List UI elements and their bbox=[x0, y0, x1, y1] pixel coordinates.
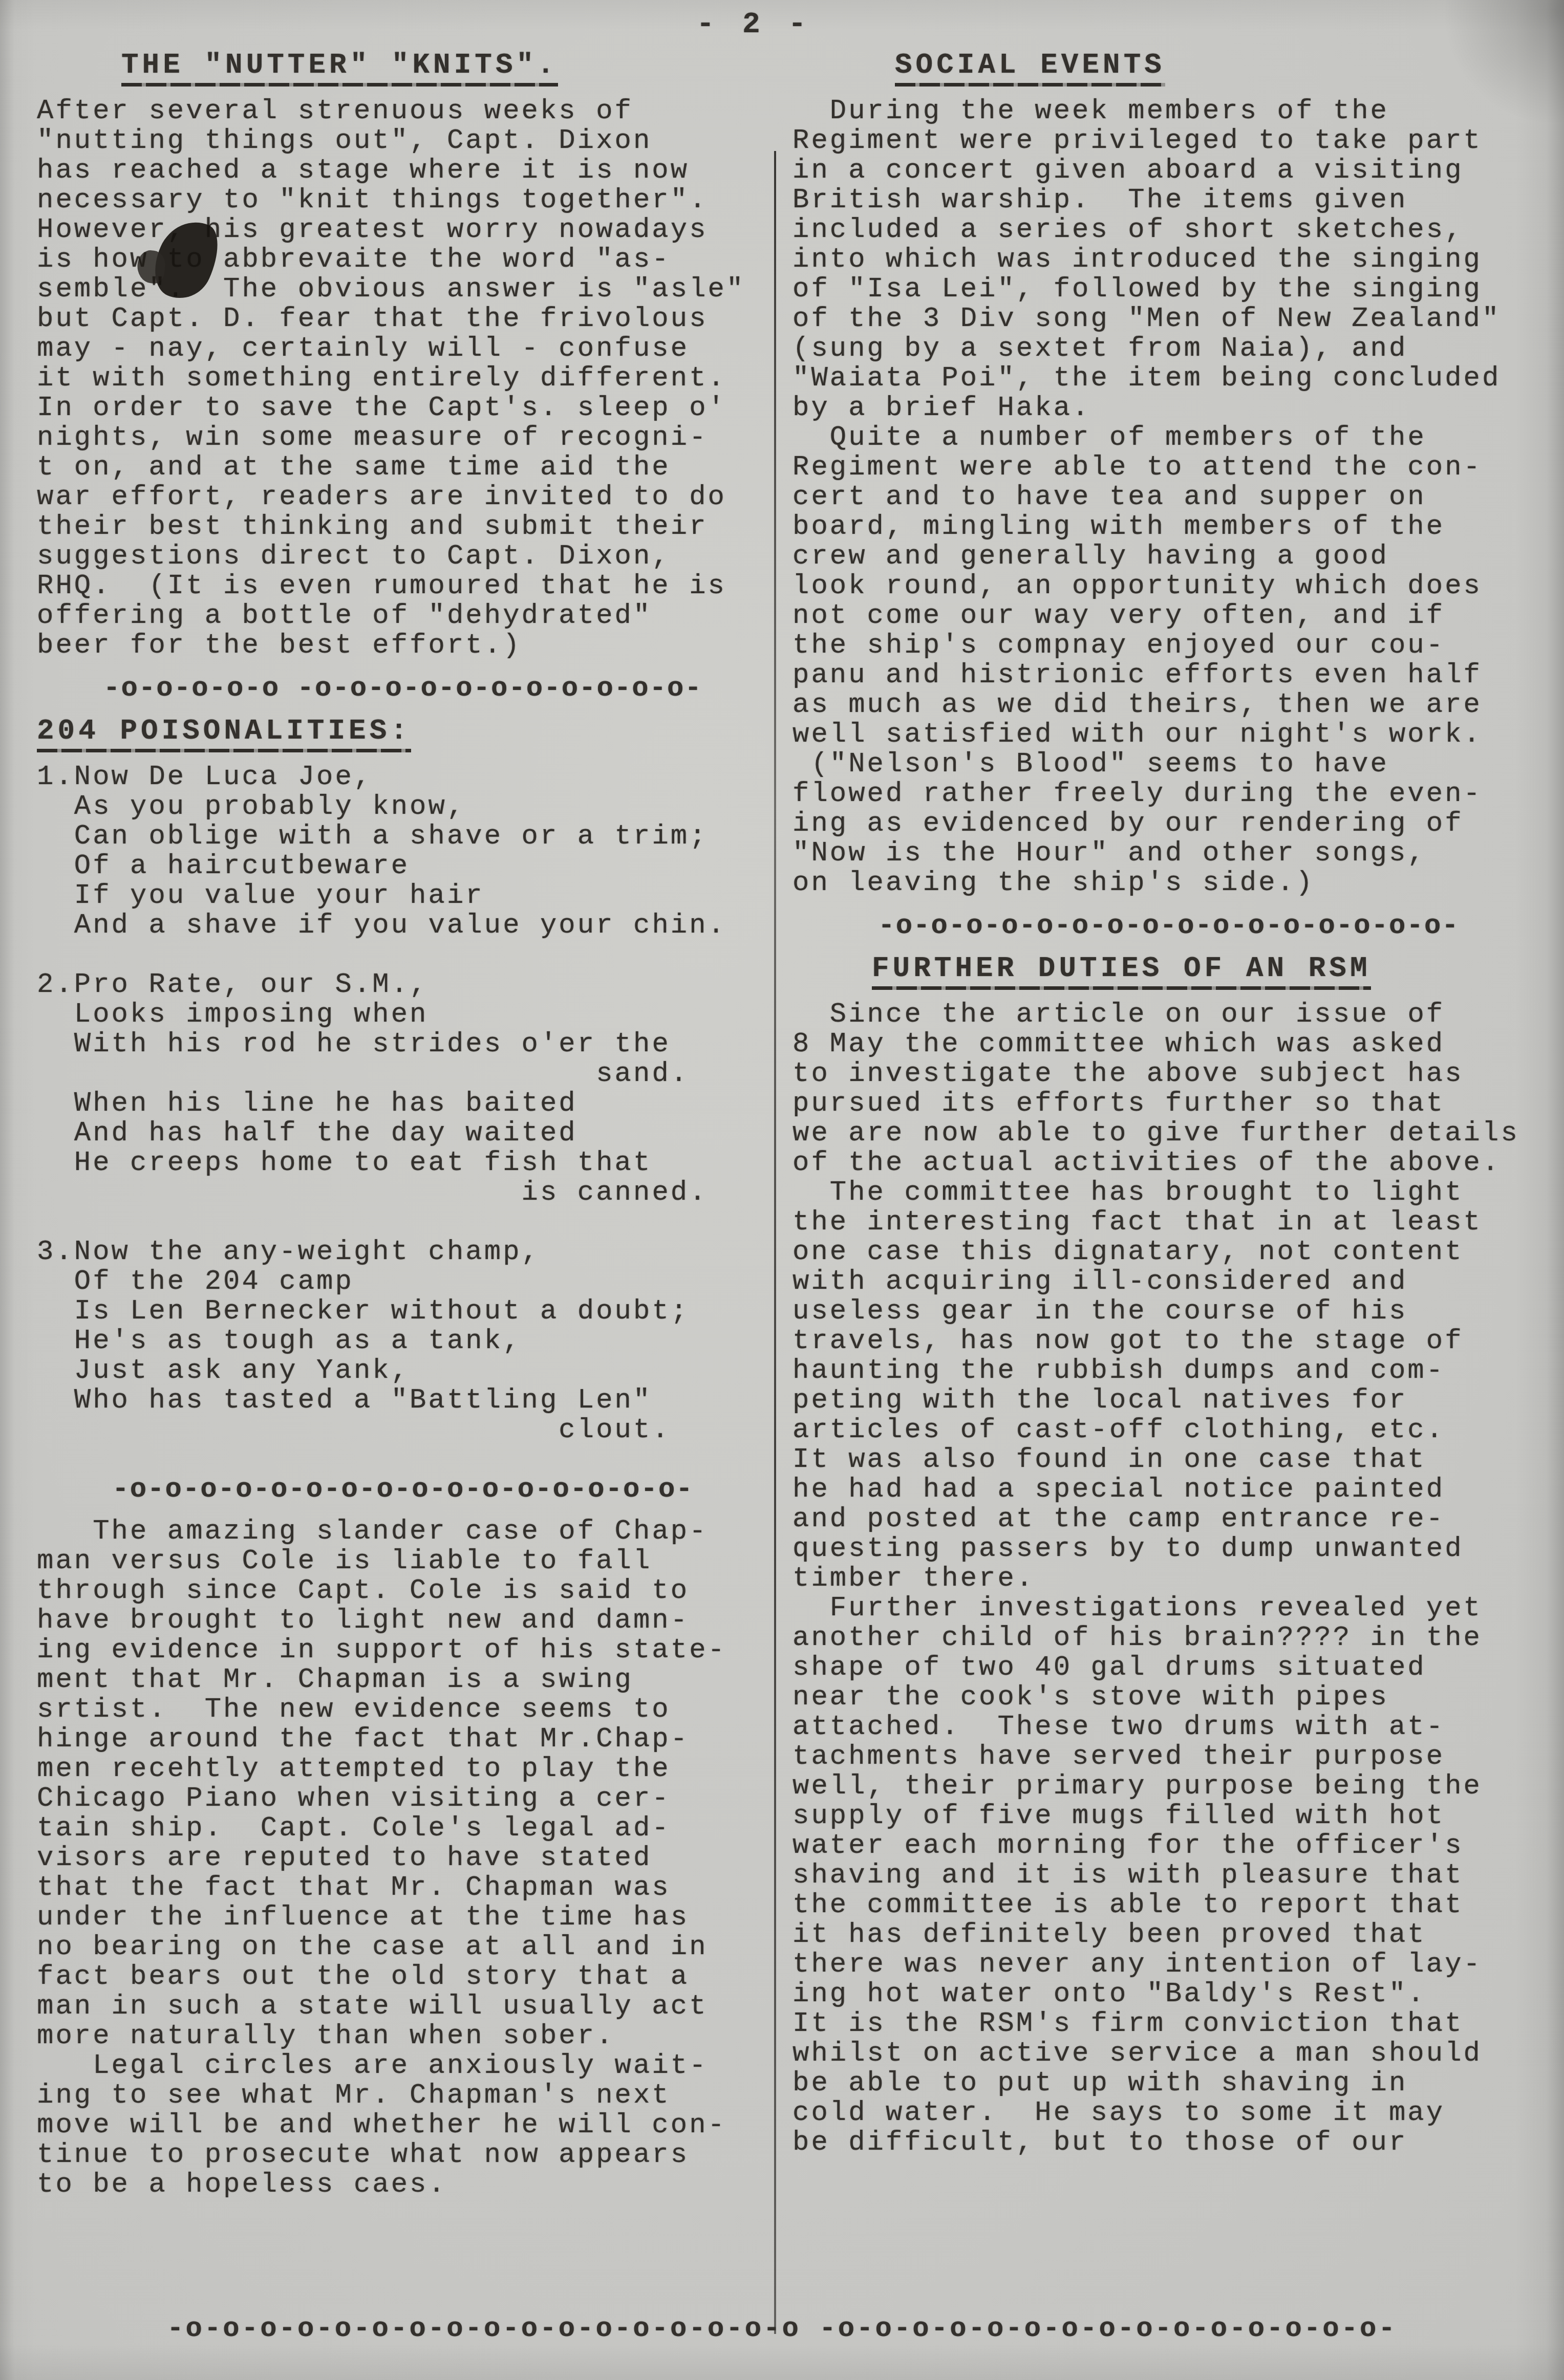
heading-row: SOCIAL EVENTS bbox=[792, 50, 1545, 86]
heading-row: FURTHER DUTIES OF AN RSM bbox=[792, 954, 1545, 990]
page-footer-divider: -o-o-o-o-o-o-o-o-o-o-o-o-o-o-o-o-o -o-o-… bbox=[0, 2313, 1564, 2345]
heading-row: 204 POISONALITIES: bbox=[37, 716, 769, 752]
section-divider: -o-o-o-o-o-o-o-o-o-o-o-o-o-o-o-o- bbox=[792, 912, 1545, 941]
article-body-social-events: During the week members of the Regiment … bbox=[792, 97, 1545, 898]
heading-row: THE "NUTTER" "KNITS". bbox=[37, 50, 769, 86]
section-divider: -o-o-o-o-o-o-o-o-o-o-o-o-o-o-o-o- bbox=[37, 1475, 769, 1505]
article-title-further-duties-rsm: FURTHER DUTIES OF AN RSM bbox=[872, 954, 1371, 990]
left-column: THE "NUTTER" "KNITS". After several stre… bbox=[37, 47, 769, 2200]
article-body-nutter-knits: After several strenuous weeks of "nuttin… bbox=[37, 97, 769, 661]
article-title-social-events: SOCIAL EVENTS bbox=[895, 50, 1165, 86]
article-body-further-duties-rsm: Since the article on our issue of 8 May … bbox=[792, 1000, 1545, 2158]
poem-pro-rate: 2.Pro Rate, our S.M., Looks imposing whe… bbox=[37, 970, 769, 1208]
section-divider: -o-o-o-o-o -o-o-o-o-o-o-o-o-o-o-o- bbox=[37, 674, 769, 704]
page-number: - 2 - bbox=[0, 8, 1508, 41]
article-body-slander-case: The amazing slander case of Chap- man ve… bbox=[37, 1517, 769, 2200]
article-title-204-poisonalities: 204 POISONALITIES: bbox=[37, 716, 411, 752]
right-column: SOCIAL EVENTS During the week members of… bbox=[792, 47, 1545, 2158]
newsletter-page: - 2 - THE "NUTTER" "KNITS". After severa… bbox=[0, 0, 1564, 2380]
article-title-nutter-knits: THE "NUTTER" "KNITS". bbox=[121, 50, 558, 86]
poem-len-bernecker: 3.Now the any-weight champ, Of the 204 c… bbox=[37, 1238, 769, 1445]
poem-de-luca-joe: 1.Now De Luca Joe, As you probably know,… bbox=[37, 763, 769, 941]
column-divider-line bbox=[774, 151, 776, 2334]
